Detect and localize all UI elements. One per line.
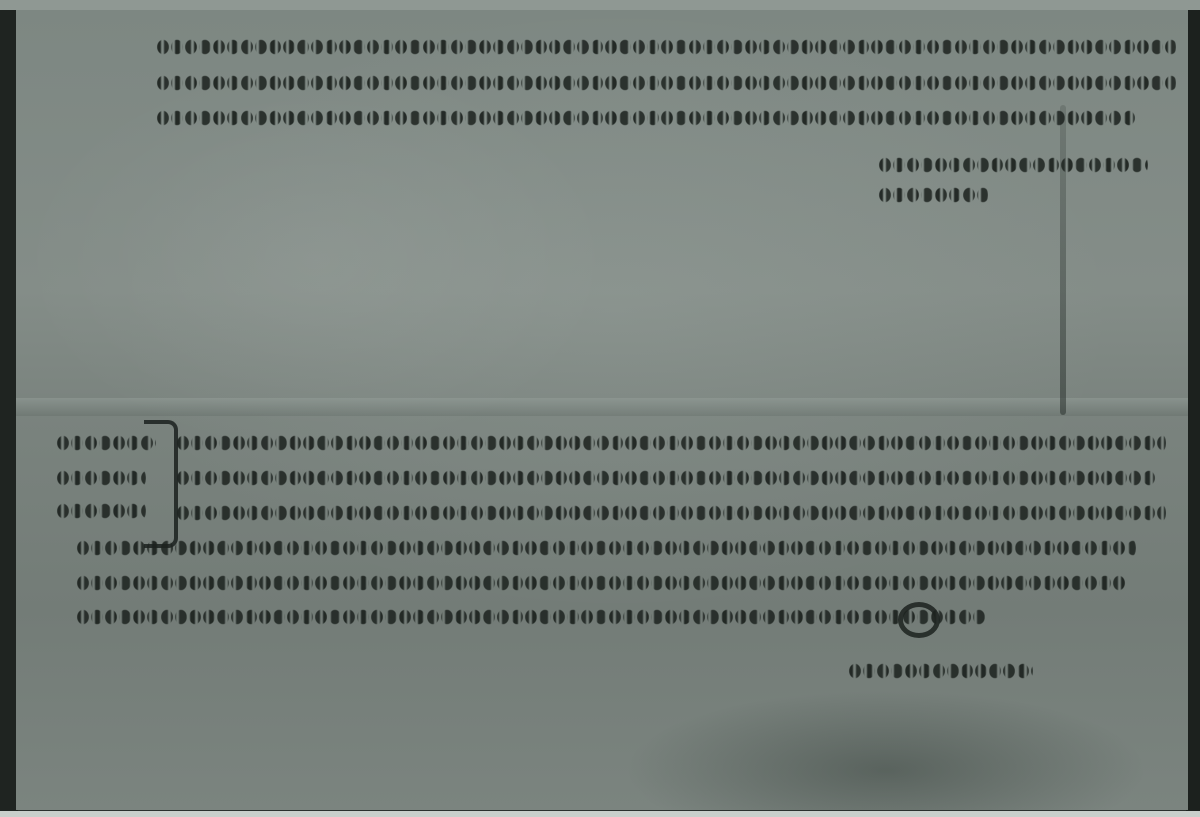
lower-text-line: [handwritten Burmese text line 1, illegi… <box>176 430 1166 456</box>
lower-signature: [handwritten Burmese signature] <box>848 658 1033 684</box>
lower-text-line: [handwritten Burmese text line 6, illegi… <box>76 604 986 630</box>
margin-note-line: [margin note line 1] <box>56 430 156 456</box>
lower-text-line: [handwritten Burmese text line 3, illegi… <box>176 500 1166 526</box>
lower-text-line: [handwritten Burmese text line 2, illegi… <box>176 465 1156 491</box>
upper-text-line: [handwritten Burmese text line 2, illegi… <box>156 70 1176 96</box>
lower-text-line: [handwritten Burmese text line 5, illegi… <box>76 570 1126 596</box>
film-frame-bottom <box>0 811 1200 817</box>
manuscript-page: [handwritten Burmese text line 1, illegi… <box>16 10 1188 810</box>
upper-signature-line: [handwritten Burmese signature line 2] <box>878 182 988 208</box>
film-frame-top <box>0 0 1200 10</box>
margin-note-line: [margin note line 3] <box>56 498 146 524</box>
upper-text-line: [handwritten Burmese text line 3, illegi… <box>156 105 1136 131</box>
page-fold <box>16 398 1188 416</box>
upper-signature-line: [handwritten Burmese signature line 1] <box>878 152 1148 178</box>
margin-bracket <box>144 420 178 548</box>
film-frame-right <box>1186 0 1200 817</box>
lower-text-line: [handwritten Burmese text line 4, illegi… <box>76 535 1136 561</box>
margin-note-line: [margin note line 2] <box>56 465 146 491</box>
circular-mark <box>898 602 940 638</box>
upper-text-line: [handwritten Burmese text line 1, illegi… <box>156 34 1176 60</box>
